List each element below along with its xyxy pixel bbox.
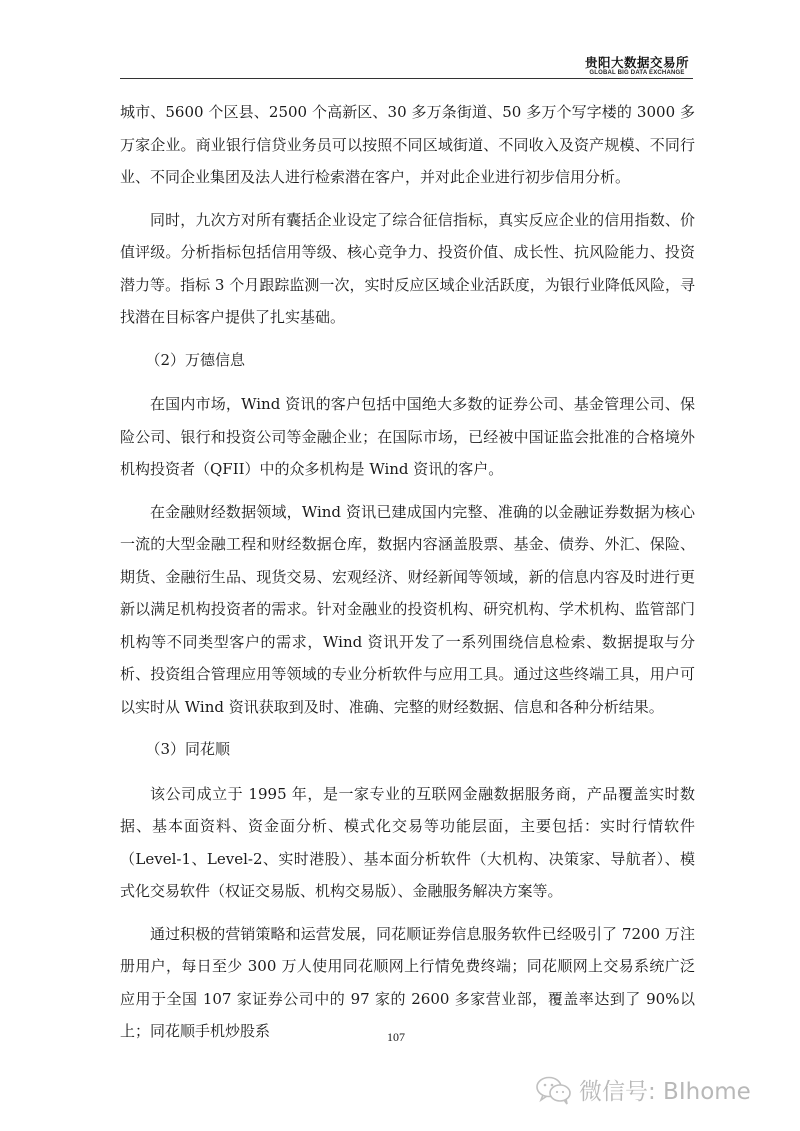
paragraph-2: 同时，九次方对所有囊括企业设定了综合征信指标，真实反应企业的信用指数、价值评级。… xyxy=(120,204,695,334)
document-body: 城市、5600 个区县、2500 个高新区、30 多万条街道、50 多万个写字楼… xyxy=(120,96,695,1058)
watermark-text: 微信号: BIhome xyxy=(579,1073,751,1106)
brand-name-en: GLOBAL BIG DATA EXCHANGE xyxy=(585,69,689,77)
section-heading-tonghuashun: （3）同花顺 xyxy=(120,733,695,766)
paragraph-6: 通过积极的营销策略和运营发展，同花顺证券信息服务软件已经吸引了 7200 万注册… xyxy=(120,918,695,1048)
page-number: 107 xyxy=(387,1030,405,1045)
watermark: 微信号: BIhome xyxy=(535,1073,751,1106)
paragraph-5: 该公司成立于 1995 年，是一家专业的互联网金融数据服务商，产品覆盖实时数据、… xyxy=(120,778,695,908)
paragraph-4: 在金融财经数据领域，Wind 资讯已建成国内完整、准确的以金融证券数据为核心一流… xyxy=(120,496,695,724)
brand-logo: 贵阳大数据交易所 GLOBAL BIG DATA EXCHANGE xyxy=(585,56,689,77)
paragraph-3: 在国内市场，Wind 资讯的客户包括中国绝大多数的证券公司、基金管理公司、保险公… xyxy=(120,388,695,486)
page-header: 贵阳大数据交易所 GLOBAL BIG DATA EXCHANGE xyxy=(120,50,693,79)
section-heading-wind: （2）万德信息 xyxy=(120,344,695,377)
wechat-icon xyxy=(535,1075,573,1105)
paragraph-1: 城市、5600 个区县、2500 个高新区、30 多万条街道、50 多万个写字楼… xyxy=(120,96,695,194)
brand-name-cn: 贵阳大数据交易所 xyxy=(585,56,689,69)
